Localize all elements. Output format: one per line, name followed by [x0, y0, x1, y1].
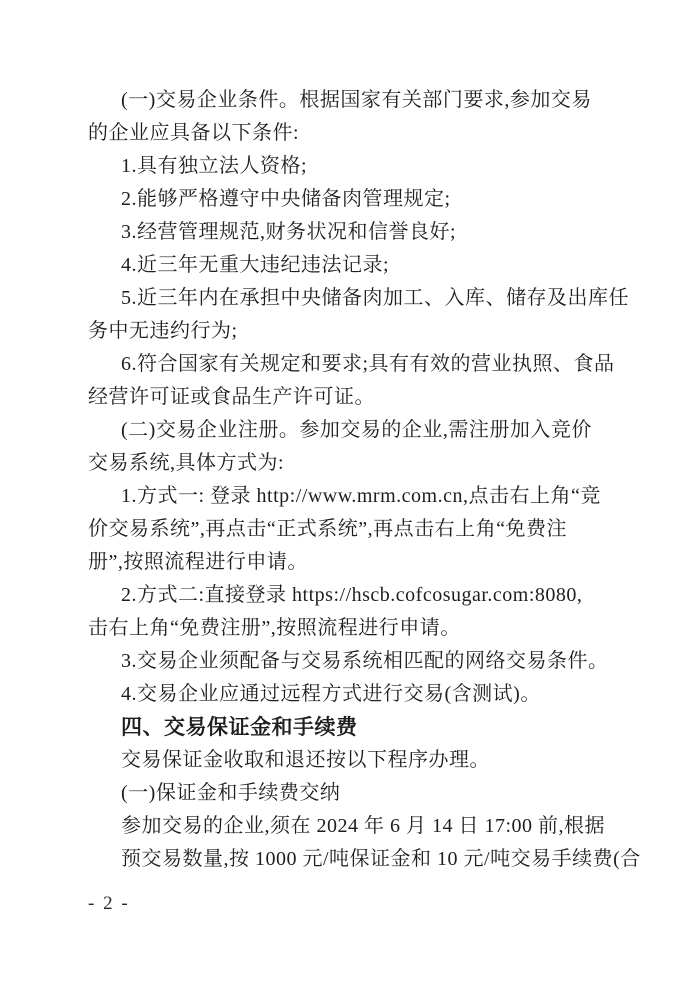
section-heading: 四、交易保证金和手续费: [88, 711, 633, 744]
text-line: 2.能够严格遵守中央储备肉管理规定;: [88, 183, 633, 216]
text-line: (一)保证金和手续费交纳: [88, 777, 633, 810]
text-line: 的企业应具备以下条件:: [88, 117, 633, 150]
text-line: 1.方式一: 登录 http://www.mrm.com.cn,点击右上角“竞: [88, 480, 633, 513]
text-line: (一)交易企业条件。根据国家有关部门要求,参加交易: [88, 84, 633, 117]
text-line: 击右上角“免费注册”,按照流程进行申请。: [88, 612, 633, 645]
text-line: 册”,按照流程进行申请。: [88, 546, 633, 579]
text-line: 3.交易企业须配备与交易系统相匹配的网络交易条件。: [88, 645, 633, 678]
text-line: 预交易数量,按 1000 元/吨保证金和 10 元/吨交易手续费(合: [88, 843, 633, 876]
text-line: 参加交易的企业,须在 2024 年 6 月 14 日 17:00 前,根据: [88, 810, 633, 843]
document-page: (一)交易企业条件。根据国家有关部门要求,参加交易 的企业应具备以下条件: 1.…: [0, 0, 700, 989]
text-line: 经营许可证或食品生产许可证。: [88, 381, 633, 414]
text-line: 务中无违约行为;: [88, 315, 633, 348]
text-line: 3.经营管理规范,财务状况和信誉良好;: [88, 216, 633, 249]
text-line: 4.近三年无重大违纪违法记录;: [88, 249, 633, 282]
text-line: 6.符合国家有关规定和要求;具有有效的营业执照、食品: [88, 348, 633, 381]
text-line: 4.交易企业应通过远程方式进行交易(含测试)。: [88, 678, 633, 711]
document-body: (一)交易企业条件。根据国家有关部门要求,参加交易 的企业应具备以下条件: 1.…: [88, 84, 633, 876]
text-line: 1.具有独立法人资格;: [88, 150, 633, 183]
text-line: 交易系统,具体方式为:: [88, 447, 633, 480]
text-line: (二)交易企业注册。参加交易的企业,需注册加入竞价: [88, 414, 633, 447]
text-line: 5.近三年内在承担中央储备肉加工、入库、储存及出库任: [88, 282, 633, 315]
text-line: 2.方式二:直接登录 https://hscb.cofcosugar.com:8…: [88, 579, 633, 612]
text-line: 交易保证金收取和退还按以下程序办理。: [88, 744, 633, 777]
text-line: 价交易系统”,再点击“正式系统”,再点击右上角“免费注: [88, 513, 633, 546]
page-number: - 2 -: [88, 893, 130, 915]
